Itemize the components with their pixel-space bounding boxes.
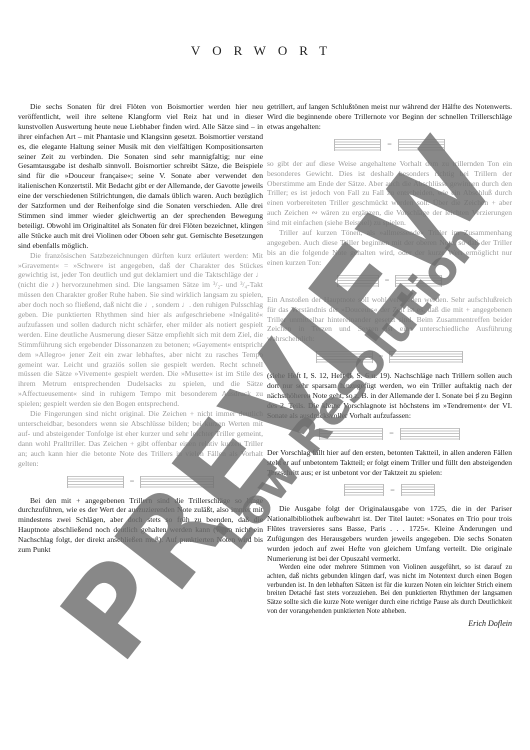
- paragraph-ornaments: Die Fingerungen sind nicht original. Die…: [18, 409, 263, 468]
- paragraph-trill-continuation: getrillert, auf langen Schlußtönen meist…: [267, 102, 512, 132]
- equals-sign: =: [130, 477, 135, 487]
- staff-icon: [400, 428, 460, 440]
- staff-icon: [67, 476, 124, 488]
- staff-icon: [395, 275, 442, 287]
- paragraph-suspension: so gibt der auf diese Weise angehaltene …: [267, 159, 512, 228]
- music-example-3: =: [267, 273, 512, 289]
- music-example-4: =: [267, 349, 512, 365]
- music-example-1: =: [18, 474, 263, 490]
- staff-icon: [398, 139, 445, 151]
- paragraph-intro: Die sechs Sonaten für drei Flöten von Bo…: [18, 102, 263, 251]
- staff-icon: [319, 428, 383, 440]
- paragraph-short-trills: Triller auf kurzen Tönen, als »allmessen…: [267, 228, 512, 268]
- equals-sign: =: [385, 276, 390, 286]
- left-column: Die sechs Sonaten für drei Flöten von Bo…: [18, 102, 263, 555]
- staff-icon: [337, 275, 379, 287]
- staff-icon: [389, 351, 463, 363]
- equals-sign: =: [390, 486, 395, 496]
- author-signature: Erich Doflein: [267, 619, 512, 629]
- music-example-6: =: [267, 482, 512, 498]
- staff-icon: [401, 484, 435, 496]
- staff-icon: [316, 351, 373, 363]
- equals-sign: =: [387, 140, 392, 150]
- paragraph-main-note: Ein Anstoßen der Hauptnote soll wohl ver…: [267, 295, 512, 345]
- music-example-2: =: [267, 137, 512, 153]
- paragraph-appoggiatura: Der Vorschlag fällt hier auf den ersten,…: [267, 448, 512, 478]
- staff-icon: [344, 484, 384, 496]
- staff-icon: [140, 476, 214, 488]
- paragraph-afterbeats: (siehe Heft I, S. 12, Heft II, S. 6 u. 1…: [267, 371, 512, 421]
- page-title: VORWORT: [0, 43, 530, 59]
- paragraph-tempo-markings: Die französischen Satzbezeichnungen dürf…: [18, 251, 263, 410]
- equals-sign: =: [389, 429, 394, 439]
- staff-icon: [334, 139, 381, 151]
- footnote-violins: Werden eine oder mehrere Stimmen von Vio…: [267, 564, 512, 617]
- paragraph-trills: Bei den mit + angegebenen Trillern sind …: [18, 496, 263, 555]
- right-column: getrillert, auf langen Schlußtönen meist…: [267, 102, 512, 629]
- music-example-5: =: [267, 426, 512, 442]
- equals-sign: =: [379, 352, 384, 362]
- paragraph-edition-source: Die Ausgabe folgt der Originalausgabe vo…: [267, 504, 512, 563]
